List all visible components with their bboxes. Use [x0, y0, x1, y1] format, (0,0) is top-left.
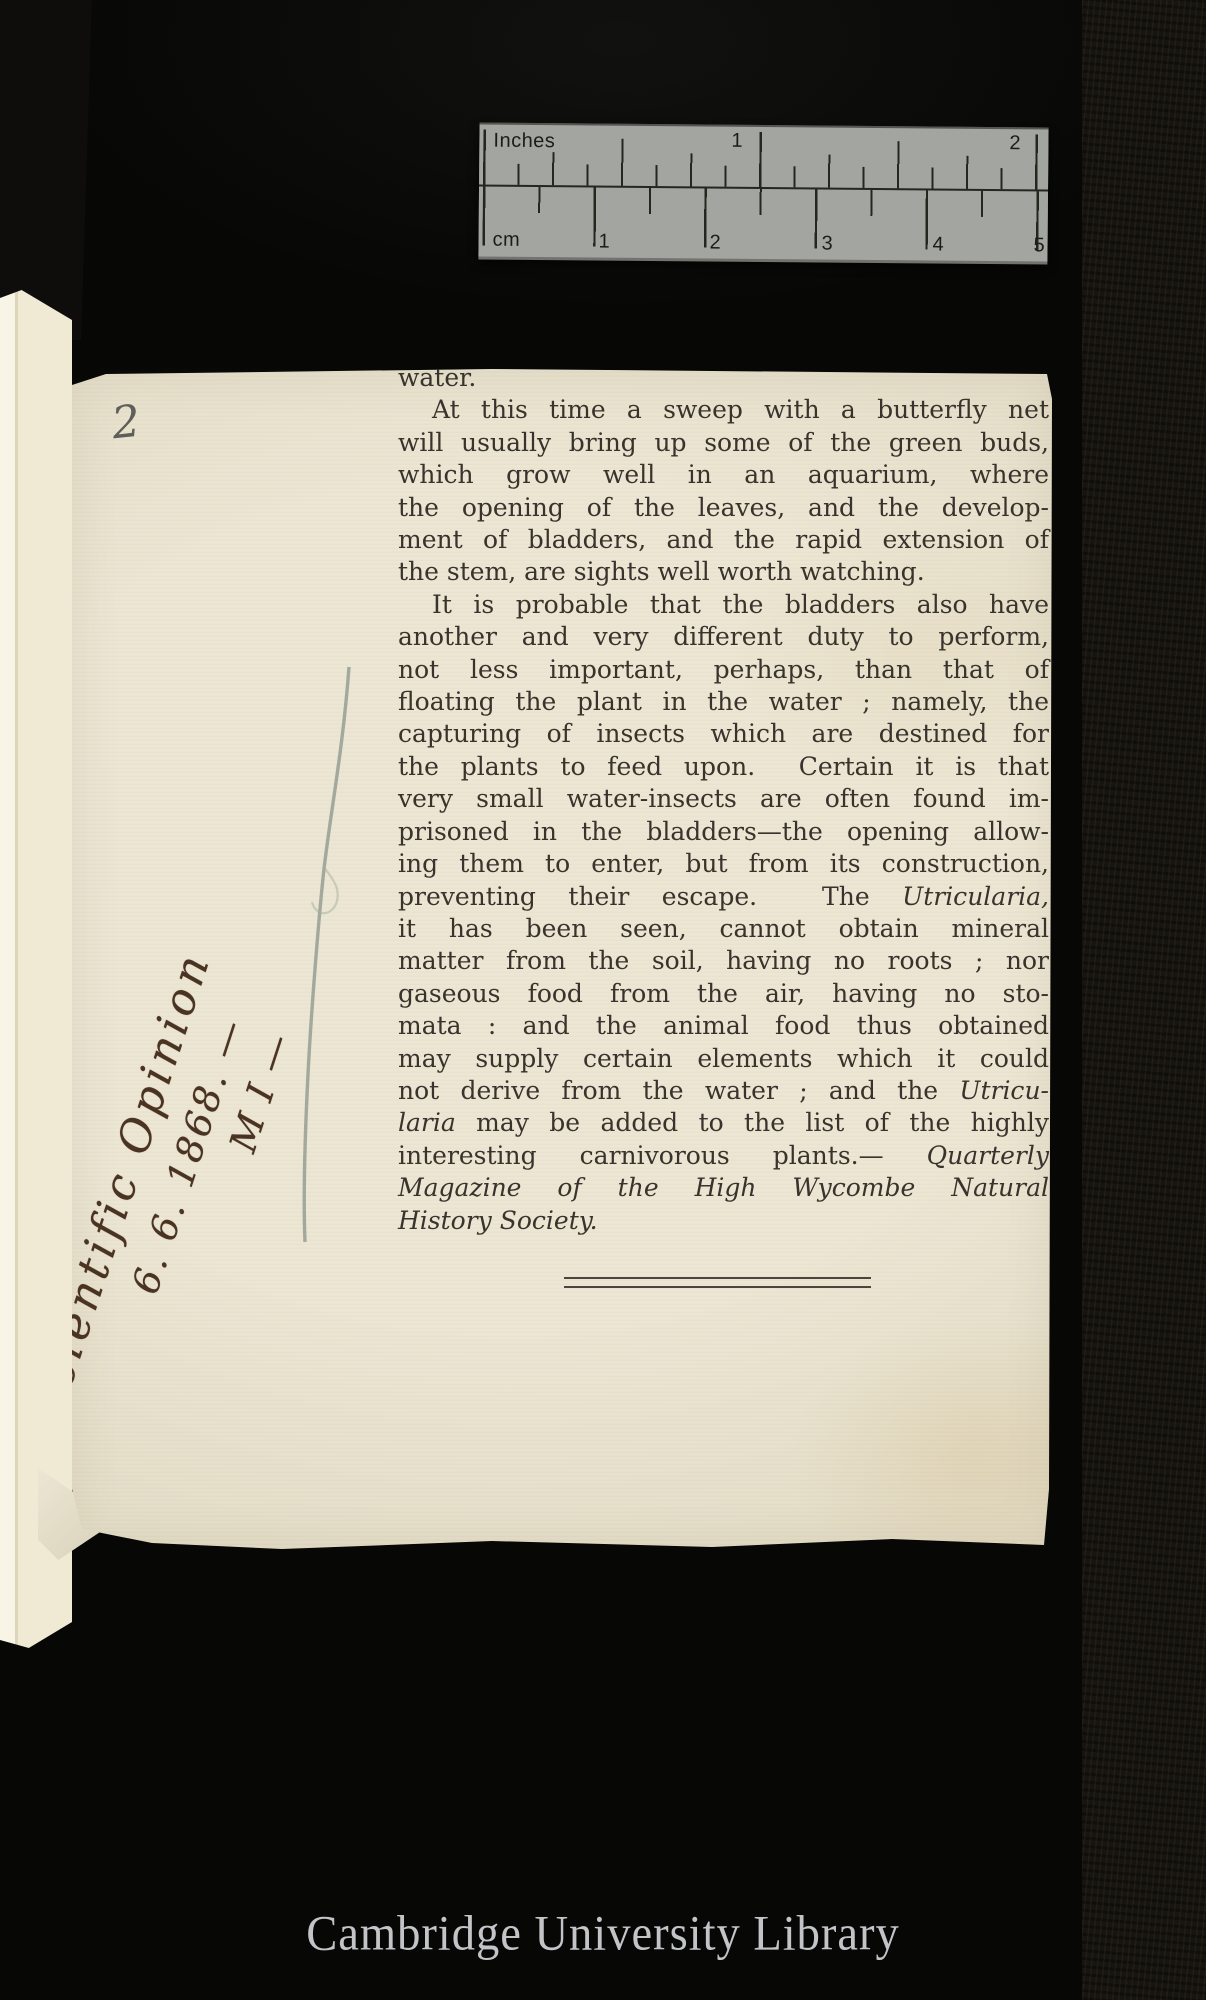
- printed-article-text: water.At this time a sweep with a butter…: [398, 362, 1049, 1237]
- text-line: mata : and the animal food thus obtained: [398, 1010, 1049, 1042]
- roman-text: it has been seen, cannot obtain mineral: [398, 914, 1049, 943]
- roman-text: ing them to enter, but from its construc…: [398, 849, 1049, 878]
- roman-text: not derive from the water ; and the: [398, 1076, 959, 1105]
- italic-text: Magazine of the High Wycombe Natural: [398, 1173, 1049, 1202]
- italic-text: Utricu-: [959, 1076, 1049, 1105]
- roman-text: the plants to feed upon. Certain it is t…: [398, 752, 1049, 781]
- text-line: capturing of insects which are destined …: [398, 718, 1049, 750]
- text-line: which grow well in an aquarium, where: [398, 459, 1049, 491]
- roman-text: may supply certain elements which it cou…: [398, 1044, 1049, 1073]
- italic-text: laria: [398, 1108, 456, 1137]
- text-line: may supply certain elements which it cou…: [398, 1043, 1049, 1075]
- roman-text: which grow well in an aquarium, where: [398, 460, 1049, 489]
- text-line: the stem, are sights well worth watching…: [398, 556, 1049, 588]
- text-line: not less important, perhaps, than that o…: [398, 654, 1049, 686]
- text-line: It is probable that the bladders also ha…: [398, 589, 1049, 621]
- roman-text: not less important, perhaps, than that o…: [398, 655, 1049, 684]
- roman-text: the stem, are sights well worth watching…: [398, 557, 925, 586]
- roman-text: ment of bladders, and the rapid extensio…: [398, 525, 1049, 554]
- text-line: Magazine of the High Wycombe Natural: [398, 1172, 1049, 1204]
- ruler-cm-number: 3: [821, 234, 833, 254]
- roman-text: capturing of insects which are destined …: [398, 719, 1049, 748]
- ruler-cm-label: cm: [492, 230, 520, 250]
- ruler-cm-number: 4: [932, 234, 944, 254]
- roman-text: interesting carnivorous plants.—: [398, 1141, 927, 1170]
- text-line: matter from the soil, having no roots ; …: [398, 945, 1049, 977]
- italic-text: History Society.: [398, 1206, 598, 1235]
- ruler-cm-number: 5: [1033, 235, 1045, 255]
- text-line: it has been seen, cannot obtain mineral: [398, 913, 1049, 945]
- book-page-fore-edge: [0, 290, 72, 1648]
- text-line: interesting carnivorous plants.— Quarter…: [398, 1140, 1049, 1172]
- library-caption: Cambridge University Library: [18, 1907, 1188, 1962]
- text-line: another and very different duty to perfo…: [398, 621, 1049, 653]
- double-rule: [564, 1277, 871, 1288]
- text-line: floating the plant in the water ; namely…: [398, 686, 1049, 718]
- italic-text: Quarterly: [927, 1141, 1049, 1170]
- newspaper-clipping: 2 Scientific Opinion6. 6. 1868. —M I — w…: [72, 369, 1052, 1549]
- roman-text: It is probable that the bladders also ha…: [432, 590, 1049, 619]
- roman-text: mata : and the animal food thus obtained: [398, 1011, 1049, 1040]
- roman-text: very small water-insects are often found…: [398, 784, 1049, 813]
- roman-text: At this time a sweep with a butterfly ne…: [432, 395, 1049, 424]
- text-line: laria may be added to the list of the hi…: [398, 1107, 1049, 1139]
- roman-text: preventing their escape. The: [398, 882, 902, 911]
- ruler-inch-number: 2: [1009, 133, 1021, 153]
- roman-text: the opening of the leaves, and the devel…: [398, 493, 1049, 522]
- text-line: prisoned in the bladders—the opening all…: [398, 816, 1049, 848]
- text-line: ment of bladders, and the rapid extensio…: [398, 524, 1049, 556]
- ruler-inch-number: 1: [731, 131, 743, 151]
- ruler-cm-number: 1: [598, 232, 610, 252]
- roman-text: another and very different duty to perfo…: [398, 622, 1049, 651]
- text-line: the plants to feed upon. Certain it is t…: [398, 751, 1049, 783]
- measurement-ruler: Inches cm 1 2 1 2 3 4 5: [478, 123, 1048, 262]
- text-line: gaseous food from the air, having no sto…: [398, 978, 1049, 1010]
- ruler-inches-label: Inches: [493, 131, 555, 152]
- photograph: Inches cm 1 2 1 2 3 4 5 2 Scientific Opi…: [0, 0, 1206, 2000]
- roman-text: floating the plant in the water ; namely…: [398, 687, 1049, 716]
- text-line: will usually bring up some of the green …: [398, 427, 1049, 459]
- roman-text: matter from the soil, having no roots ; …: [398, 946, 1049, 975]
- text-line: At this time a sweep with a butterfly ne…: [398, 394, 1049, 426]
- ruler-cm-number: 2: [709, 233, 721, 253]
- roman-text: gaseous food from the air, having no sto…: [398, 979, 1049, 1008]
- text-line: ing them to enter, but from its construc…: [398, 848, 1049, 880]
- text-line: the opening of the leaves, and the devel…: [398, 492, 1049, 524]
- text-line: not derive from the water ; and the Utri…: [398, 1075, 1049, 1107]
- velvet-cloth-right: [1082, 0, 1206, 2000]
- roman-text: prisoned in the bladders—the opening all…: [398, 817, 1049, 846]
- ruler-inch-ticks: [483, 130, 1048, 190]
- roman-text: may be added to the list of the highly: [456, 1108, 1049, 1137]
- text-line: History Society.: [398, 1205, 1049, 1237]
- ruler-cm-ticks: [483, 187, 1048, 251]
- italic-text: Utricularia,: [902, 882, 1049, 911]
- text-line: very small water-insects are often found…: [398, 783, 1049, 815]
- text-line: preventing their escape. The Utricularia…: [398, 881, 1049, 913]
- roman-text: will usually bring up some of the green …: [398, 428, 1049, 457]
